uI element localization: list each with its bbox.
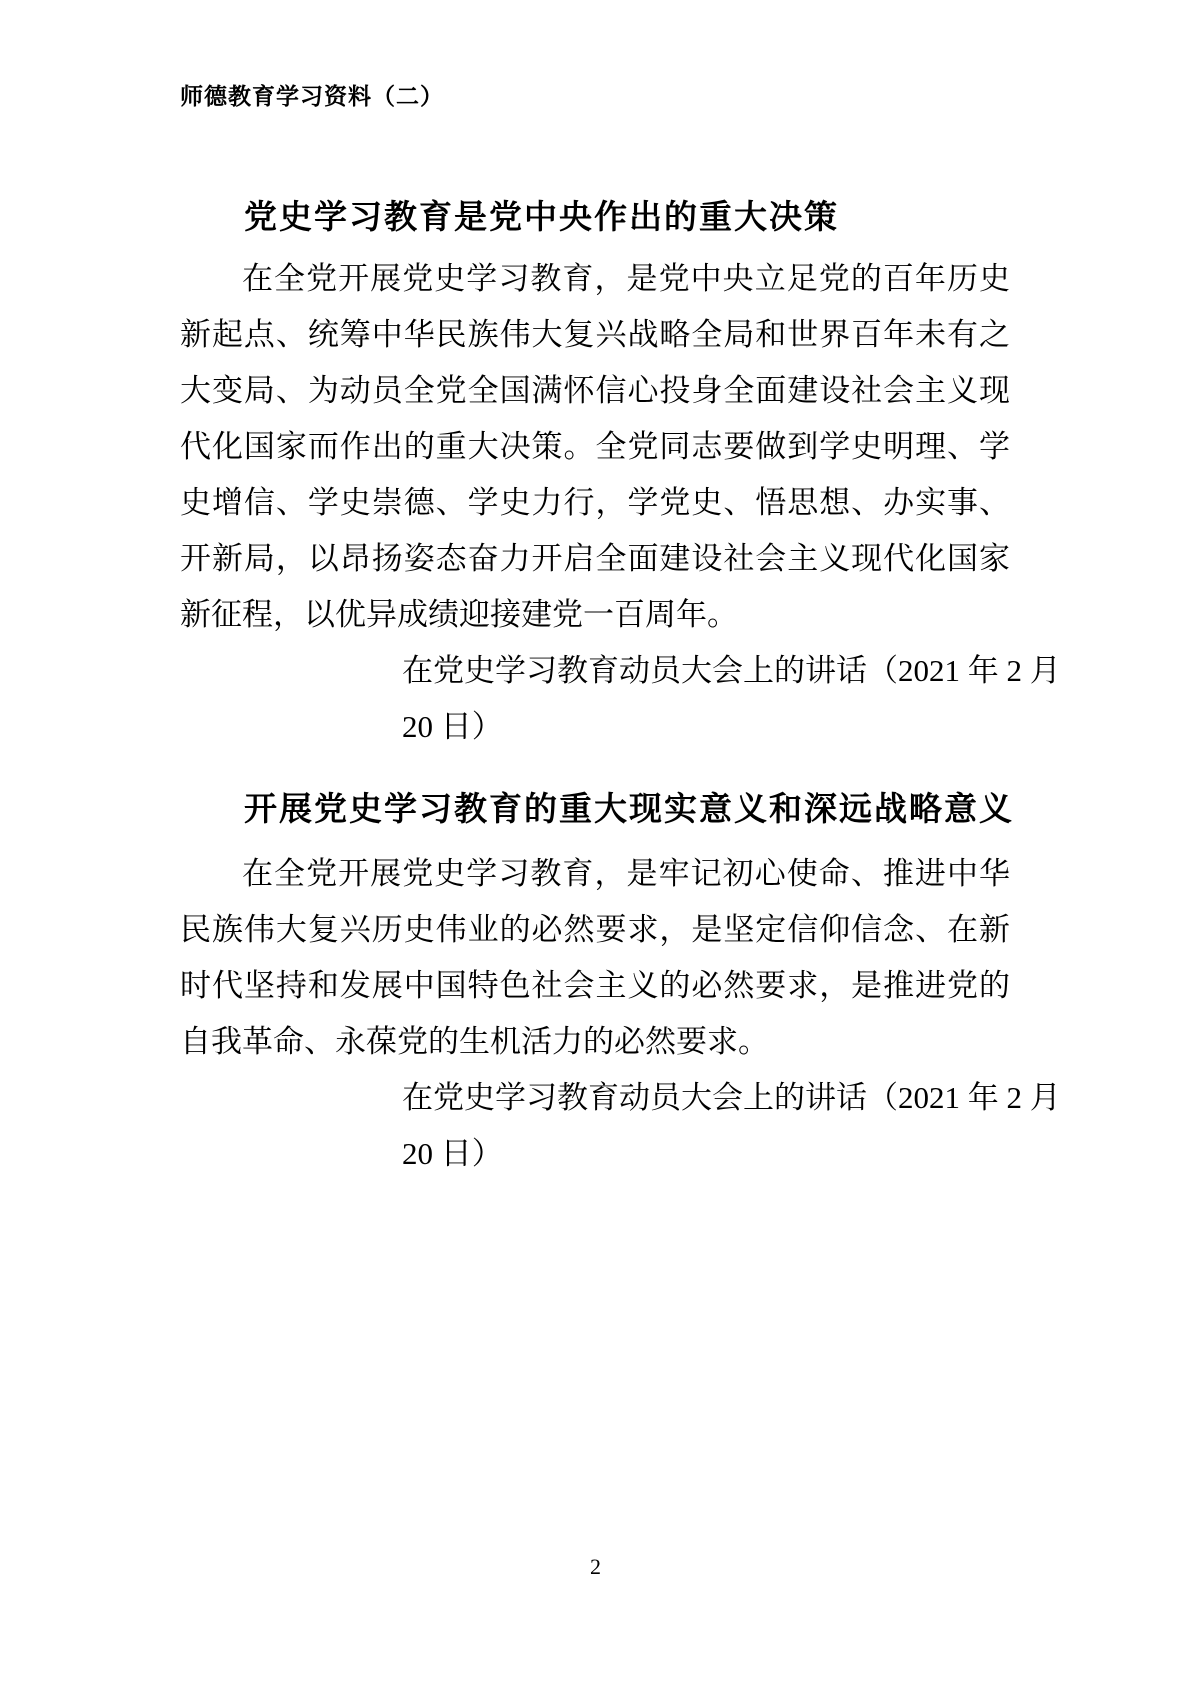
section-1-paragraph: 在全党开展党史学习教育，是党中央立足党的百年历史 新起点、统筹中华民族伟大复兴战…: [180, 251, 1010, 643]
paragraph-line: 时代坚持和发展中国特色社会主义的必然要求，是推进党的: [180, 958, 1010, 1014]
document-header: 师德教育学习资料（二）: [180, 82, 444, 112]
section-2-heading: 开展党史学习教育的重大现实意义和深远战略意义: [180, 788, 1010, 832]
section-2-paragraph: 在全党开展党史学习教育，是牢记初心使命、推进中华 民族伟大复兴历史伟业的必然要求…: [180, 846, 1010, 1070]
paragraph-line: 民族伟大复兴历史伟业的必然要求，是坚定信仰信念、在新: [180, 902, 1010, 958]
paragraph-line: 史增信、学史崇德、学史力行，学党史、悟思想、办实事、: [180, 475, 1010, 531]
paragraph-line: 在全党开展党史学习教育，是党中央立足党的百年历史: [180, 251, 1010, 307]
attribution-line: 在党史学习教育动员大会上的讲话（2021 年 2 月: [402, 1070, 1042, 1126]
paragraph-line: 自我革命、永葆党的生机活力的必然要求。: [180, 1014, 1010, 1070]
attribution-line: 20 日）: [402, 699, 1042, 755]
document-page: 师德教育学习资料（二） 党史学习教育是党中央作出的重大决策 在全党开展党史学习教…: [0, 0, 1191, 1684]
section-2-attribution: 在党史学习教育动员大会上的讲话（2021 年 2 月 20 日）: [402, 1070, 1042, 1182]
attribution-line: 20 日）: [402, 1126, 1042, 1182]
paragraph-line: 新起点、统筹中华民族伟大复兴战略全局和世界百年未有之: [180, 307, 1010, 363]
page-number: 2: [0, 1552, 1191, 1582]
paragraph-line: 代化国家而作出的重大决策。全党同志要做到学史明理、学: [180, 419, 1010, 475]
paragraph-line: 大变局、为动员全党全国满怀信心投身全面建设社会主义现: [180, 363, 1010, 419]
paragraph-line: 开新局，以昂扬姿态奋力开启全面建设社会主义现代化国家: [180, 531, 1010, 587]
section-1-attribution: 在党史学习教育动员大会上的讲话（2021 年 2 月 20 日）: [402, 643, 1042, 755]
paragraph-line: 新征程，以优异成绩迎接建党一百周年。: [180, 587, 1010, 643]
paragraph-line: 在全党开展党史学习教育，是牢记初心使命、推进中华: [180, 846, 1010, 902]
attribution-line: 在党史学习教育动员大会上的讲话（2021 年 2 月: [402, 643, 1042, 699]
section-1-heading: 党史学习教育是党中央作出的重大决策: [180, 196, 1010, 240]
